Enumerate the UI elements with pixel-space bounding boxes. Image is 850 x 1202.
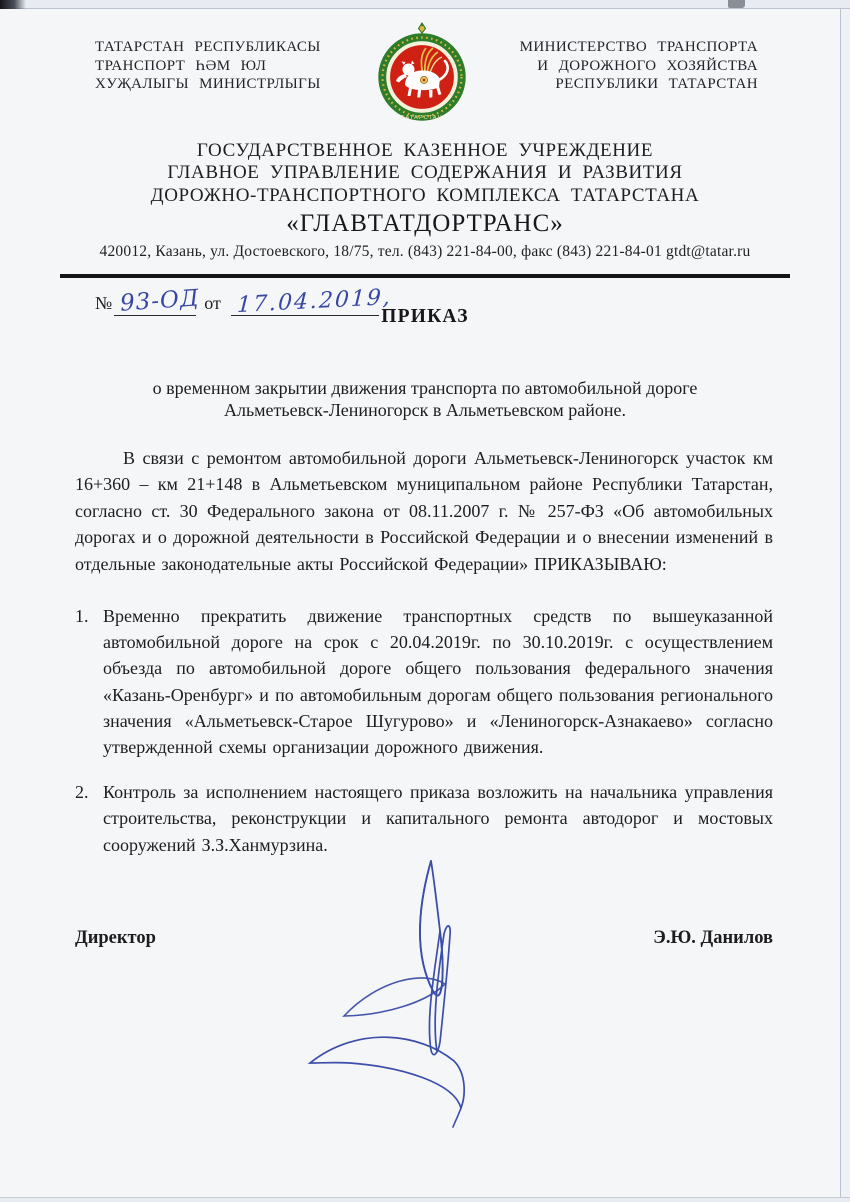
order-item-2-text: Контроль за исполнением настоящего прика… bbox=[103, 779, 773, 858]
order-item-1-number: 1. bbox=[75, 603, 103, 760]
order-items: 1. Временно прекратить движение транспор… bbox=[75, 603, 773, 858]
letterhead-russian-text: МИНИСТЕРСТВО ТРАНСПОРТА И ДОРОЖНОГО ХОЗЯ… bbox=[520, 38, 758, 94]
handwritten-date: 17.04.2019, bbox=[236, 285, 392, 318]
letterhead-russian-line2: И ДОРОЖНОГО ХОЗЯЙСТВА bbox=[520, 57, 758, 76]
signer-position: Директор bbox=[75, 928, 156, 949]
number-blank: 93-ОД bbox=[114, 286, 196, 316]
letterhead-tatar-line2: ТРАНСПОРТ ҺӘМ ЮЛ bbox=[95, 57, 321, 76]
organization-block: ГОСУДАРСТВЕННОЕ КАЗЕННОЕ УЧРЕЖДЕНИЕ ГЛАВ… bbox=[0, 140, 850, 262]
date-label: от bbox=[204, 293, 221, 316]
org-line2: ГЛАВНОЕ УПРАВЛЕНИЕ СОДЕРЖАНИЯ И РАЗВИТИЯ bbox=[0, 162, 850, 185]
letterhead-russian-line3: РЕСПУБЛИКИ ТАТАРСТАН bbox=[520, 75, 758, 94]
emblem-caption: ТАТАРСТАН bbox=[401, 115, 443, 121]
letterhead-divider bbox=[60, 274, 790, 278]
order-item-1-text: Временно прекратить движение транспортны… bbox=[103, 603, 773, 760]
org-address: 420012, Казань, ул. Достоевского, 18/75,… bbox=[0, 243, 850, 261]
handwritten-number: 93-ОД bbox=[119, 285, 200, 316]
letterhead-russian-line1: МИНИСТЕРСТВО ТРАНСПОРТА bbox=[520, 38, 758, 57]
letterhead-tatar-text: ТАТАРСТАН РЕСПУБЛИКАСЫ ТРАНСПОРТ ҺӘМ ЮЛ … bbox=[95, 38, 321, 94]
signer-name: Э.Ю. Данилов bbox=[653, 928, 773, 949]
subject-line1: о временном закрытии движения транспорта… bbox=[0, 378, 850, 400]
org-short-name: «ГЛАВТАТДОРТРАНС» bbox=[0, 209, 850, 238]
subject-block: о временном закрытии движения транспорта… bbox=[0, 378, 850, 421]
org-line3: ДОРОЖНО-ТРАНСПОРТНОГО КОМПЛЕКСА ТАТАРСТА… bbox=[0, 185, 850, 208]
number-label: № bbox=[95, 293, 112, 316]
document-page: ТАТАРСТАН РЕСПУБЛИКАСЫ ТРАНСПОРТ ҺӘМ ЮЛ … bbox=[0, 0, 850, 1202]
letterhead-tatar-line1: ТАТАРСТАН РЕСПУБЛИКАСЫ bbox=[95, 38, 321, 57]
tatarstan-coat-of-arms-icon: ТАТАРСТАН bbox=[376, 22, 468, 122]
date-blank: 17.04.2019, bbox=[231, 286, 379, 316]
scan-right-edge bbox=[840, 0, 850, 1202]
org-line1: ГОСУДАРСТВЕННОЕ КАЗЕННОЕ УЧРЕЖДЕНИЕ bbox=[0, 140, 850, 163]
scan-bottom-edge bbox=[0, 1197, 850, 1202]
order-item-1: 1. Временно прекратить движение транспор… bbox=[75, 603, 773, 760]
scan-corner-mark-left bbox=[0, 0, 26, 9]
order-item-2: 2. Контроль за исполнением настоящего пр… bbox=[75, 779, 773, 858]
signature-scribble bbox=[268, 853, 488, 1128]
letterhead-tatar-line3: ХУҖАЛЫГЫ МИНИСТРЛЫГЫ bbox=[95, 75, 321, 94]
subject-line2: Альметьевск-Лениногорск в Альметьевском … bbox=[0, 400, 850, 422]
scan-corner-mark-right bbox=[728, 0, 745, 8]
scan-top-edge bbox=[0, 0, 850, 9]
preamble-paragraph: В связи с ремонтом автомобильной дороги … bbox=[75, 445, 773, 577]
order-item-2-number: 2. bbox=[75, 779, 103, 858]
number-date-row: №93-ОДот17.04.2019, bbox=[95, 286, 850, 320]
